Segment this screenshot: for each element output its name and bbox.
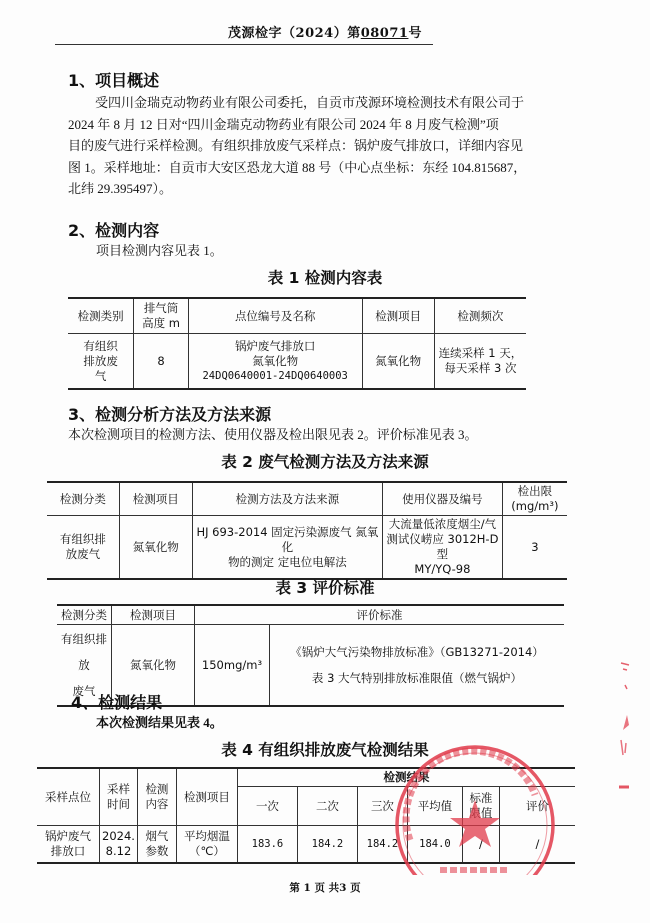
table-header-cell: 评价 [499, 787, 575, 826]
header-line: 采样 [102, 782, 135, 797]
table-header-row: 采样点位 采样时间 检测内容 检测项目 检测结果 [37, 768, 575, 787]
cell-line: HJ 693-2014 固定污染源废气 氮氧化 [195, 525, 380, 555]
table-header-cell: 二次 [297, 787, 357, 826]
cell-line: 每天采样 3 次 [437, 361, 524, 376]
cell-line: 放废气 [49, 547, 117, 562]
table-header-cell: 点位编号及名称 [188, 298, 362, 334]
cell-line: 大流量低浓度烟尘/气 [385, 517, 500, 532]
table-header-cell: 检测项目 [176, 768, 237, 826]
table-header-cell: 平均值 [407, 787, 462, 826]
cell-line: 氮氧化物 [191, 354, 360, 369]
document-number: 茂源检字（2024）第08071号 [0, 22, 650, 41]
cell-line: MY/YQ-98 [385, 562, 500, 577]
table-header-row: 检测分类 检测项目 检测方法及方法来源 使用仪器及编号 检出限(mg/m³) [47, 482, 567, 516]
section-3-title: 3、检测分析方法及方法来源 [68, 402, 271, 425]
table-1: 检测类别 排气筒高度 m 点位编号及名称 检测项目 检测频次 有组织排放废气 8… [68, 297, 526, 390]
table-header-cell: 检测内容 [137, 768, 176, 826]
section-1-line: 北纬 29.395497）。 [68, 178, 598, 200]
cell-line: （℃） [179, 844, 235, 859]
table-header-cell: 检测类别 [68, 298, 134, 334]
table-header-cell: 使用仪器及编号 [383, 482, 503, 516]
cell-line: 排放废 [70, 354, 131, 369]
table-4-title: 表 4 有组织排放废气检测结果 [0, 738, 650, 760]
table-2-title: 表 2 废气检测方法及方法来源 [0, 450, 650, 472]
doc-number-suffix: 号 [408, 26, 422, 41]
table-cell-item: 氮氧化物 [362, 334, 434, 390]
table-cell-result-2: 184.2 [297, 826, 357, 864]
doc-number-prefix: 茂源检字（2024）第 [228, 26, 361, 41]
cell-line: 表 3 大气特别排放标准限值（燃气锅炉） [272, 665, 562, 691]
table-header-cell: 检测结果 [237, 768, 575, 787]
table-cell-frequency: 连续采样 1 天，每天采样 3 次 [434, 334, 526, 390]
table-header-row: 检测类别 排气筒高度 m 点位编号及名称 检测项目 检测频次 [68, 298, 526, 334]
cell-line: 锅炉废气 [39, 829, 97, 844]
table-cell-height: 8 [134, 334, 188, 390]
table-header-cell: 一次 [237, 787, 297, 826]
table-header-cell: 检出限(mg/m³) [502, 482, 567, 516]
table-4: 采样点位 采样时间 检测内容 检测项目 检测结果 一次 二次 三次 平均值 标准… [37, 767, 575, 864]
section-4-title: 4、检测结果 [71, 690, 162, 713]
cell-line: 气 [70, 369, 131, 384]
doc-number: 08071 [361, 26, 409, 41]
cell-line: 物的测定 定电位电解法 [195, 555, 380, 570]
cell-line: 连续采样 1 天， [437, 346, 524, 361]
table-cell-item: 平均烟温（℃） [176, 826, 237, 864]
table-cell-point: 锅炉废气排放口 [37, 826, 100, 864]
table-header-cell: 采样点位 [37, 768, 100, 826]
table-header-cell: 评价标准 [195, 605, 565, 625]
section-1-line: 目的废气进行采样检测。有组织排放废气采样点：锅炉废气排放口，详细内容见 [68, 135, 598, 157]
table-header-cell: 检测分类 [47, 482, 119, 516]
table-cell-result-1: 183.6 [237, 826, 297, 864]
header-line: 高度 m [136, 316, 185, 331]
header-line: 排气筒 [136, 301, 185, 316]
table-cell-category: 有组织排放废气 [68, 334, 134, 390]
section-1-body: 受四川金瑞克动物药业有限公司委托，自贡市茂源环境检测技术有限公司于 2024 年… [68, 92, 598, 200]
page-number: 第 1 页 共3 页 [0, 880, 650, 895]
table-2: 检测分类 检测项目 检测方法及方法来源 使用仪器及编号 检出限(mg/m³) 有… [47, 481, 567, 580]
table-cell-evaluation: / [499, 826, 575, 864]
table-cell-time: 2024.8.12 [100, 826, 138, 864]
table-header-cell: 排气筒高度 m [134, 298, 188, 334]
table-cell-limit: 3 [502, 516, 567, 580]
table-cell-method: HJ 693-2014 固定污染源废气 氮氧化物的测定 定电位电解法 [192, 516, 382, 580]
table-row: 锅炉废气排放口 2024.8.12 烟气参数 平均烟温（℃） 183.6 184… [37, 826, 575, 864]
section-1-line: 2024 年 8 月 12 日对“四川金瑞克动物药业有限公司 2024 年 8 … [68, 114, 598, 136]
table-cell-content: 烟气参数 [137, 826, 176, 864]
table-cell-category: 有组织排放废气 [47, 516, 119, 580]
section-2-title: 2、检测内容 [68, 218, 159, 241]
header-divider [55, 44, 433, 45]
cell-line: 平均烟温 [179, 829, 235, 844]
cell-line: 有组织排 [49, 532, 117, 547]
table-cell-average: 184.0 [407, 826, 462, 864]
section-1-title: 1、项目概述 [68, 68, 159, 91]
cell-line: 24DQ0640001-24DQ0640003 [191, 369, 360, 384]
cell-line: 排放口 [39, 844, 97, 859]
section-3-text: 本次检测项目的检测方法、使用仪器及检出限见表 2。评价标准见表 3。 [68, 424, 478, 446]
cell-line: 2024. [102, 829, 135, 844]
table-1-title: 表 1 检测内容表 [0, 266, 650, 288]
cell-line: 参数 [140, 844, 174, 859]
table-cell-standard: 《锅炉大气污染物排放标准》（GB13271-2014）表 3 大气特别排放标准限… [270, 625, 565, 707]
table-header-cell: 检测方法及方法来源 [192, 482, 382, 516]
table-header-cell: 检测项目 [119, 482, 192, 516]
table-header-cell: 检测项目 [112, 605, 195, 625]
header-line: 限值 [465, 806, 497, 821]
table-header-cell: 标准限值 [462, 787, 499, 826]
section-4-text: 本次检测结果见表 4。 [96, 712, 223, 734]
document-page: 茂源检字（2024）第08071号 1、项目概述 受四川金瑞克动物药业有限公司委… [0, 0, 650, 923]
table-cell-standard-limit: / [462, 826, 499, 864]
table-cell-item: 氮氧化物 [119, 516, 192, 580]
cell-line: 有组织 [70, 339, 131, 354]
table-header-cell: 检测分类 [57, 605, 112, 625]
cell-line: 测试仪崂应 3012H-D 型 [385, 532, 500, 562]
table-cell-result-3: 184.2 [357, 826, 407, 864]
table-cell-point: 锅炉废气排放口氮氧化物24DQ0640001-24DQ0640003 [188, 334, 362, 390]
table-cell-limit: 150mg/m³ [195, 625, 270, 707]
table-header-row: 检测分类 检测项目 评价标准 [57, 605, 564, 625]
header-line: 内容 [140, 797, 174, 812]
cell-line: 8.12 [102, 844, 135, 859]
section-1-line: 受四川金瑞克动物药业有限公司委托，自贡市茂源环境检测技术有限公司于 [68, 92, 598, 114]
cell-line: 有组织排放 [59, 626, 109, 678]
header-line: 标准 [465, 791, 497, 806]
cell-line: 《锅炉大气污染物排放标准》（GB13271-2014） [272, 639, 562, 665]
table-row: 有组织排放废气 8 锅炉废气排放口氮氧化物24DQ0640001-24DQ064… [68, 334, 526, 390]
header-line: (mg/m³) [505, 499, 565, 514]
header-line: 检出限 [505, 484, 565, 499]
cell-line: 烟气 [140, 829, 174, 844]
table-header-cell: 检测项目 [362, 298, 434, 334]
table-3-title: 表 3 评价标准 [0, 576, 650, 598]
header-line: 时间 [102, 797, 135, 812]
section-1-line: 图 1。采样地址：自贡市大安区恐龙大道 88 号（中心点坐标：东经 104.81… [68, 157, 598, 179]
table-cell-instrument: 大流量低浓度烟尘/气测试仪崂应 3012H-D 型MY/YQ-98 [383, 516, 503, 580]
seal-edge-marks-icon [615, 655, 635, 805]
section-2-text: 项目检测内容见表 1。 [96, 240, 223, 262]
table-header-cell: 三次 [357, 787, 407, 826]
table-row: 有组织排放废气 氮氧化物 HJ 693-2014 固定污染源废气 氮氧化物的测定… [47, 516, 567, 580]
table-header-cell: 采样时间 [100, 768, 138, 826]
table-header-cell: 检测频次 [434, 298, 526, 334]
header-line: 检测 [140, 782, 174, 797]
cell-line: 锅炉废气排放口 [191, 339, 360, 354]
